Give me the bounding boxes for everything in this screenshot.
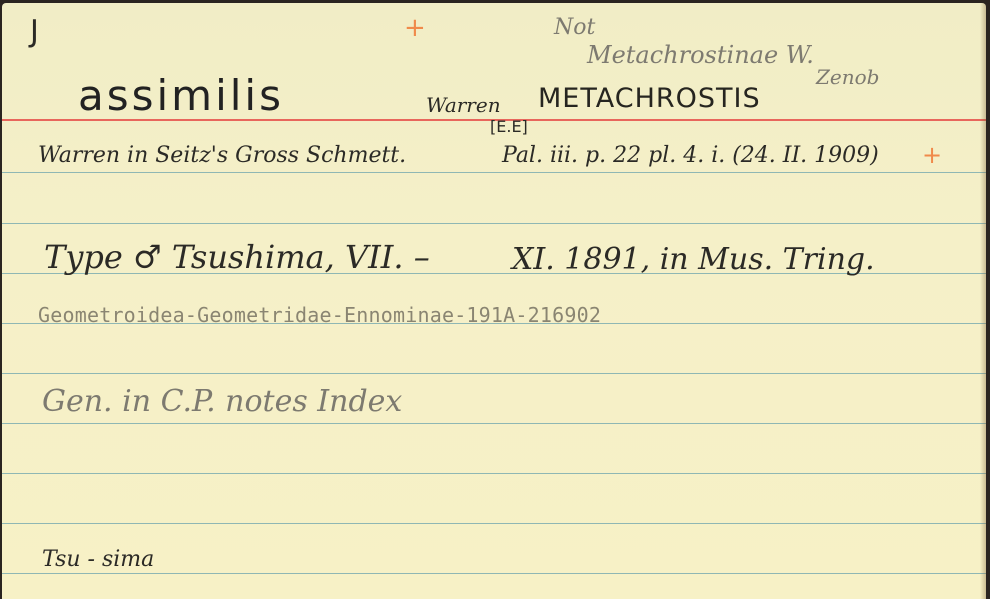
genus-name: METACHROSTIS: [538, 85, 761, 112]
card-letter: J: [30, 17, 39, 47]
citation-part2: Pal. iii. p. 22 pl. 4. i. (24. II. 1909): [502, 145, 879, 167]
ruled-line: [2, 573, 986, 574]
footer-locality: Tsu - sima: [42, 549, 154, 571]
note-not: Not: [554, 17, 595, 39]
species-name: assimilis: [78, 75, 284, 117]
pencil-note: Gen. in C.P. notes Index: [42, 387, 402, 417]
orange-cross-mark: +: [404, 15, 426, 41]
citation-part1: Warren in Seitz's Gross Schmett.: [38, 145, 406, 167]
note-metachrostinae: Metachrostinae W.: [587, 43, 814, 67]
orange-cross-mark: +: [922, 143, 942, 167]
ruled-line: [2, 373, 986, 374]
type-locality-part2: XI. 1891, in Mus. Tring.: [512, 245, 875, 275]
ruled-line: [2, 423, 986, 424]
ruled-line: [2, 523, 986, 524]
index-card: J + Not Metachrostinae W. Zenob assimili…: [2, 3, 986, 599]
typed-classification: Geometroidea-Geometridae-Ennominae-191A-…: [38, 303, 601, 327]
note-zenob: Zenob: [816, 67, 879, 87]
bracket-note: [E.E]: [490, 119, 528, 135]
type-locality-part1: Type ♂ Tsushima, VII. –: [44, 241, 430, 273]
ruled-line: [2, 172, 986, 173]
ruled-line: [2, 223, 986, 224]
ruled-line: [2, 473, 986, 474]
species-author: Warren: [426, 95, 501, 115]
